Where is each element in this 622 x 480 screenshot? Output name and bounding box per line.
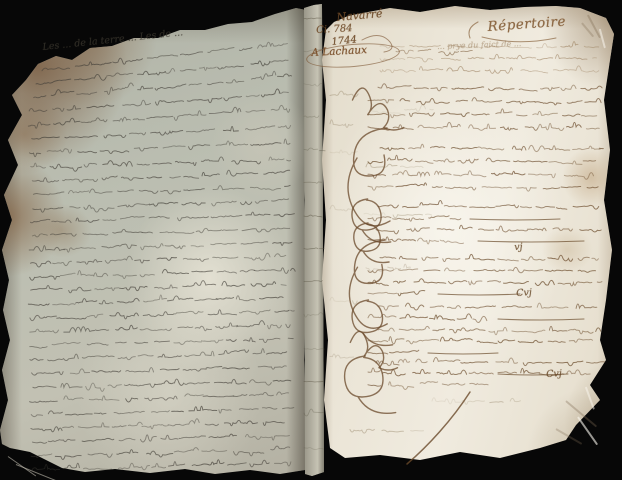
left-manuscript-page (0, 0, 308, 480)
entry-end-mark: Cvj (516, 287, 532, 299)
annotation-shelfmark: Ci. 784 (316, 23, 353, 36)
entry-end-mark: Cvj (546, 368, 562, 380)
paper-fiber-scratch (16, 464, 59, 480)
manuscript-photo: Navarré Ci. 784 1744 A Lachaux Répertoir… (0, 0, 622, 480)
entry-end-mark: vj (514, 242, 523, 253)
book-spine-curled-edge (302, 2, 326, 476)
